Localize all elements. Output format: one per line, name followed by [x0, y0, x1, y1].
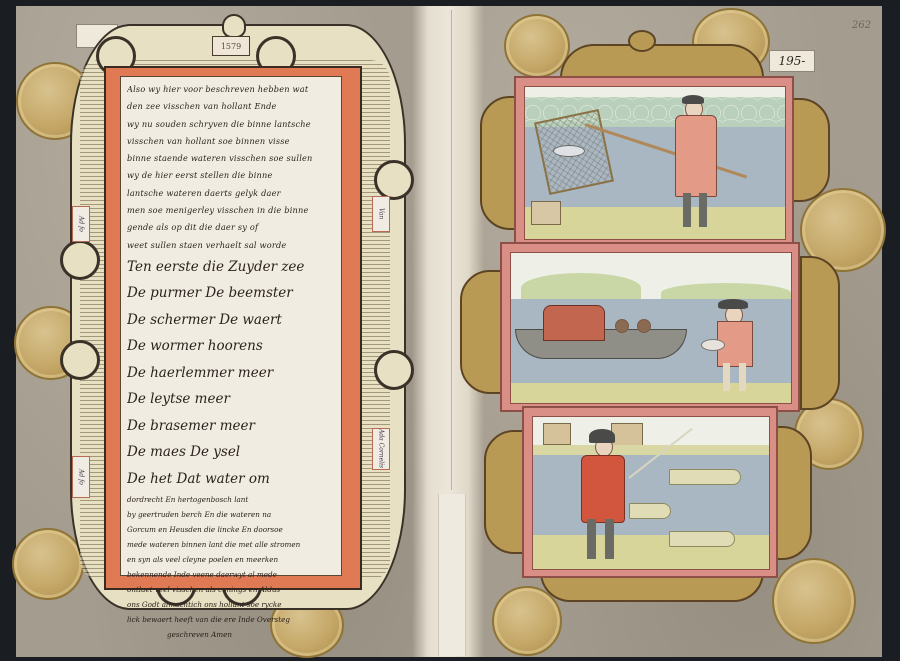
water	[533, 455, 769, 535]
side-label: Van	[372, 196, 390, 232]
closing-line: dordrecht En hertogenbosch lant	[127, 492, 335, 507]
page-number-tag: 195-	[769, 50, 815, 72]
riverbank	[525, 207, 785, 239]
list-item: De het Dat water om	[127, 466, 335, 493]
gold-side-ornament	[792, 98, 830, 202]
list-item: De maes De ysel	[127, 439, 335, 466]
manuscript-text-panel: Also wy hier voor beschreven hebben wat …	[120, 76, 342, 576]
fish-icon	[701, 339, 725, 351]
closing-line: geschreven Amen	[127, 627, 335, 642]
list-item: De haerlemmer meer	[127, 360, 335, 387]
paper-repair-strip	[438, 494, 466, 656]
closing-line: mede wateren binnen lant die met alle st…	[127, 537, 335, 552]
leg	[605, 519, 614, 559]
fish-trap-icon	[629, 503, 671, 519]
prose-line: gende als op dit die daer sy of	[127, 219, 335, 236]
gold-finial-icon	[628, 30, 656, 52]
side-label: Ad fo	[72, 206, 90, 242]
prose-block: Also wy hier voor beschreven hebben wat …	[127, 81, 335, 254]
list-item: De wormer hoorens	[127, 333, 335, 360]
illustration-angler-scene	[532, 416, 770, 570]
prose-line: visschen van hollant soe binnen visse	[127, 133, 335, 150]
fish-icon	[553, 145, 585, 157]
prose-line: lantsche wateren daerts gelyk daer	[127, 185, 335, 202]
hat-icon	[718, 299, 748, 309]
house-icon	[611, 423, 643, 447]
gold-side-ornament	[800, 256, 840, 410]
closing-line: ontlaet veel visschen als conings en Ald…	[127, 582, 335, 597]
fisherman-tunic	[675, 115, 717, 197]
list-item: De leytse meer	[127, 386, 335, 413]
wax-seal	[12, 528, 84, 600]
angler-red-coat	[581, 455, 625, 523]
illustration-boat-scene	[510, 252, 792, 404]
leg	[739, 363, 746, 391]
wax-seal	[772, 558, 856, 644]
riverbank	[511, 383, 791, 403]
closing-line: lick bewaert heeft van die ere Inde Over…	[127, 612, 335, 627]
rower-head	[615, 319, 629, 333]
list-item: Ten eerste die Zuyder zee	[127, 254, 335, 281]
boat-cabin	[543, 305, 605, 341]
prose-line: den zee visschen van hollant Ende	[127, 98, 335, 115]
prose-line: weet sullen staen verhaelt sal worde	[127, 237, 335, 254]
wax-seal	[492, 586, 562, 656]
folio-number: 262	[852, 20, 871, 31]
basket-icon	[531, 201, 561, 225]
house-icon	[543, 423, 571, 445]
prose-line: Also wy hier voor beschreven hebben wat	[127, 81, 335, 98]
closing-line: bekennende Inde veene daerwyt al mede	[127, 567, 335, 582]
rower-head	[637, 319, 651, 333]
list-item: De purmer De beemster	[127, 280, 335, 307]
crown-finial-icon	[222, 14, 246, 38]
hat-icon	[682, 95, 704, 104]
prose-line: wy nu souden schryven die binne lantsche	[127, 116, 335, 133]
far-bank	[533, 445, 769, 455]
wax-seal	[504, 14, 570, 78]
date-tag: 1579	[212, 36, 250, 56]
closing-line: Gorcum en Heusden die lincke En doorsoe	[127, 522, 335, 537]
list-item: De brasemer meer	[127, 413, 335, 440]
closing-line: ons Godt almachtich ons hollant soe ryck…	[127, 597, 335, 612]
leg	[723, 363, 730, 391]
scroll-ornament-icon	[374, 160, 414, 200]
prose-line: binne staende wateren visschen soe sulle…	[127, 150, 335, 167]
closing-block: dordrecht En hertogenbosch lant by geert…	[127, 492, 335, 642]
prose-line: men soe menigerley visschen in die binne	[127, 202, 335, 219]
closing-line: by geertruden berch En die wateren na	[127, 507, 335, 522]
scroll-ornament-icon	[60, 340, 100, 380]
gold-side-ornament	[776, 426, 812, 560]
binding-stitch-line	[451, 10, 452, 490]
scroll-ornament-icon	[374, 350, 414, 390]
fish-trap-icon	[669, 531, 735, 547]
side-label: Ad fo	[72, 456, 90, 498]
leg	[587, 519, 596, 559]
scroll-ornament-icon	[60, 240, 100, 280]
hat-icon	[589, 429, 615, 443]
leg	[683, 193, 691, 227]
leg	[699, 193, 707, 227]
prose-line: wy de hier eerst stellen die binne	[127, 167, 335, 184]
fish-trap-icon	[669, 469, 741, 485]
gold-crest-ornament	[560, 44, 764, 78]
list-item: De schermer De waert	[127, 307, 335, 334]
closing-line: en syn als veel cleyne poelen en meerken	[127, 552, 335, 567]
side-label: Ada Cornelis	[372, 428, 390, 470]
illustration-dip-net-fisherman	[524, 86, 786, 240]
waters-list: Ten eerste die Zuyder zee De purmer De b…	[127, 254, 335, 493]
